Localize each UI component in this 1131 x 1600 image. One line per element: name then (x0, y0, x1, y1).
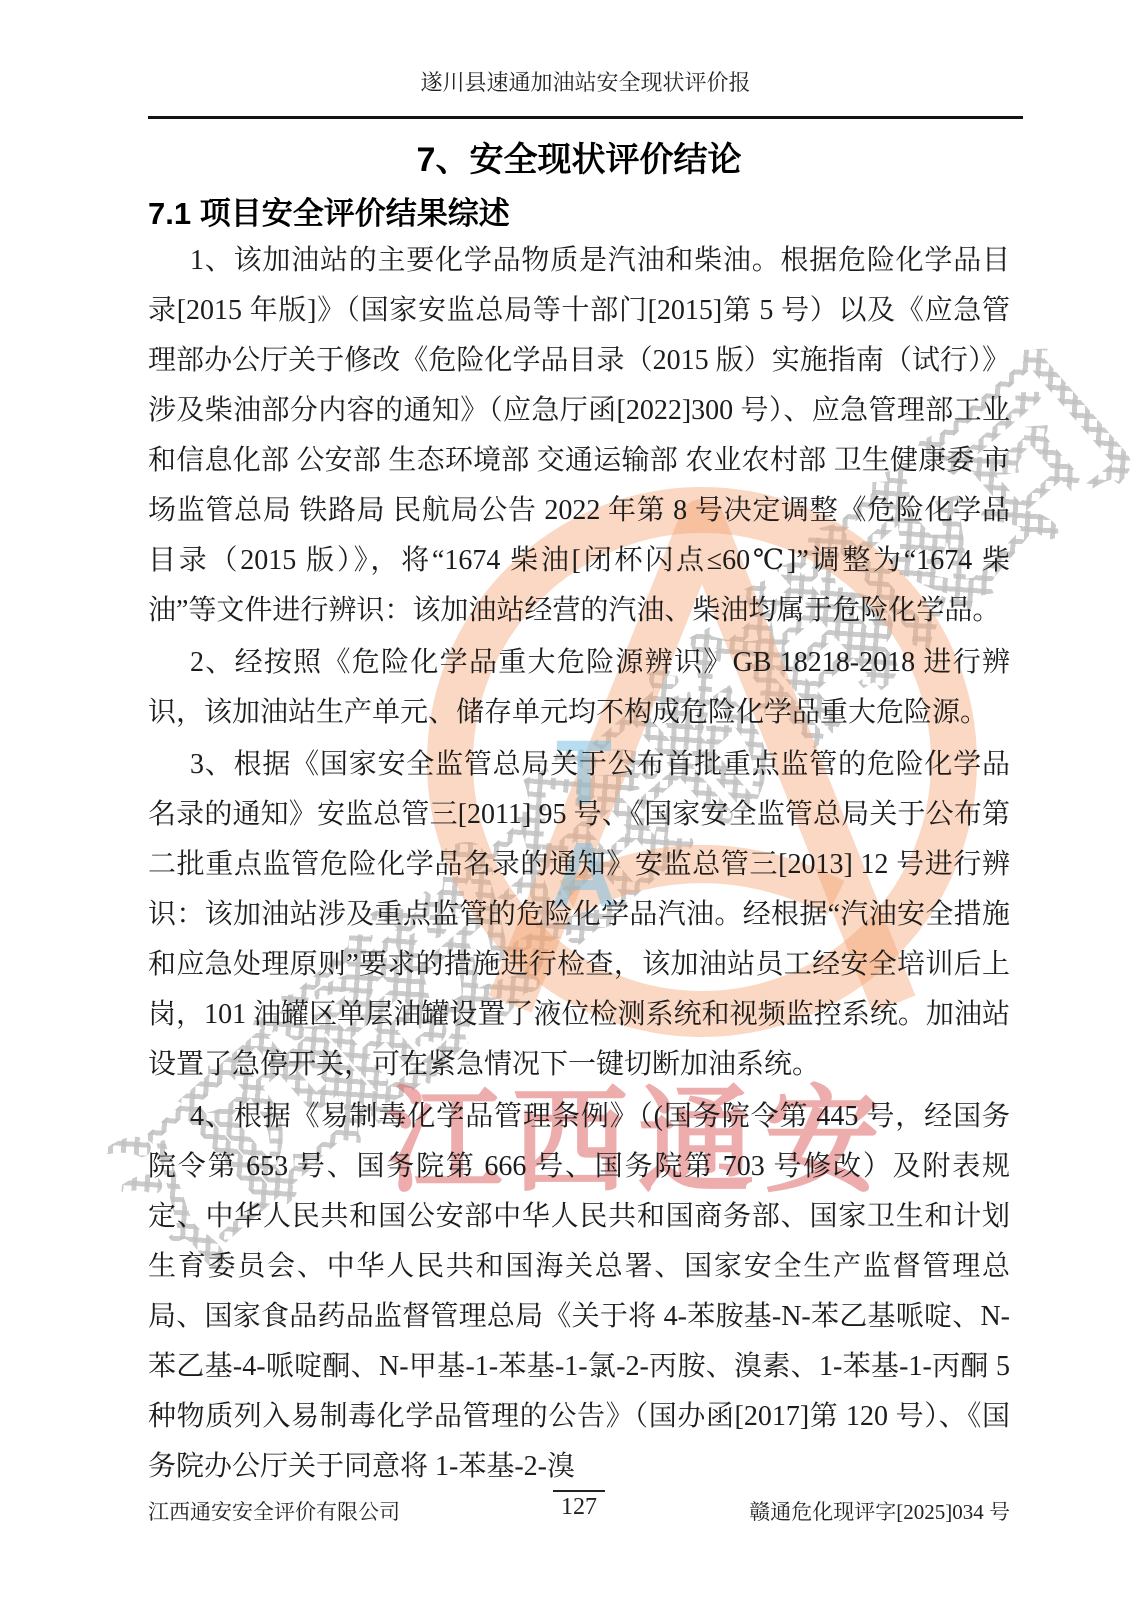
document-page: 江西通安安全评价有限公司 T A 江西通安 遂川县速通加油站安全现状评价报 7、… (0, 0, 1131, 1600)
footer-company-name: 江西通安安全评价有限公司 (148, 1496, 400, 1526)
page-footer: 江西通安安全评价有限公司 127 赣通危化现评字[2025]034 号 (148, 1490, 1010, 1530)
section-title: 7.1 项目安全评价结果综述 (148, 188, 1010, 233)
header-rule (148, 116, 1023, 119)
chapter-title: 7、安全现状评价结论 (148, 132, 1010, 181)
footer-document-number: 赣通危化现评字[2025]034 号 (749, 1496, 1010, 1526)
paragraph-2: 2、经按照《危险化学品重大危险源辨识》GB 18218-2018 进行辨识，该加… (148, 638, 1010, 738)
page-number: 127 (553, 1490, 605, 1521)
content-layer: 遂川县速通加油站安全现状评价报 7、安全现状评价结论 7.1 项目安全评价结果综… (0, 0, 1131, 1600)
paragraph-4: 4、根据《易制毒化学品管理条例》（(国务院令第 445 号，经国务院令第 653… (148, 1092, 1010, 1492)
running-header-title: 遂川县速通加油站安全现状评价报 (148, 66, 1023, 97)
paragraph-3: 3、根据《国家安全监管总局关于公布首批重点监管的危险化学品名录的通知》安监总管三… (148, 740, 1010, 1090)
paragraph-1: 1、该加油站的主要化学品物质是汽油和柴油。根据危险化学品目录[2015 年版]》… (148, 236, 1010, 636)
body-text-block: 1、该加油站的主要化学品物质是汽油和柴油。根据危险化学品目录[2015 年版]》… (148, 236, 1010, 1494)
